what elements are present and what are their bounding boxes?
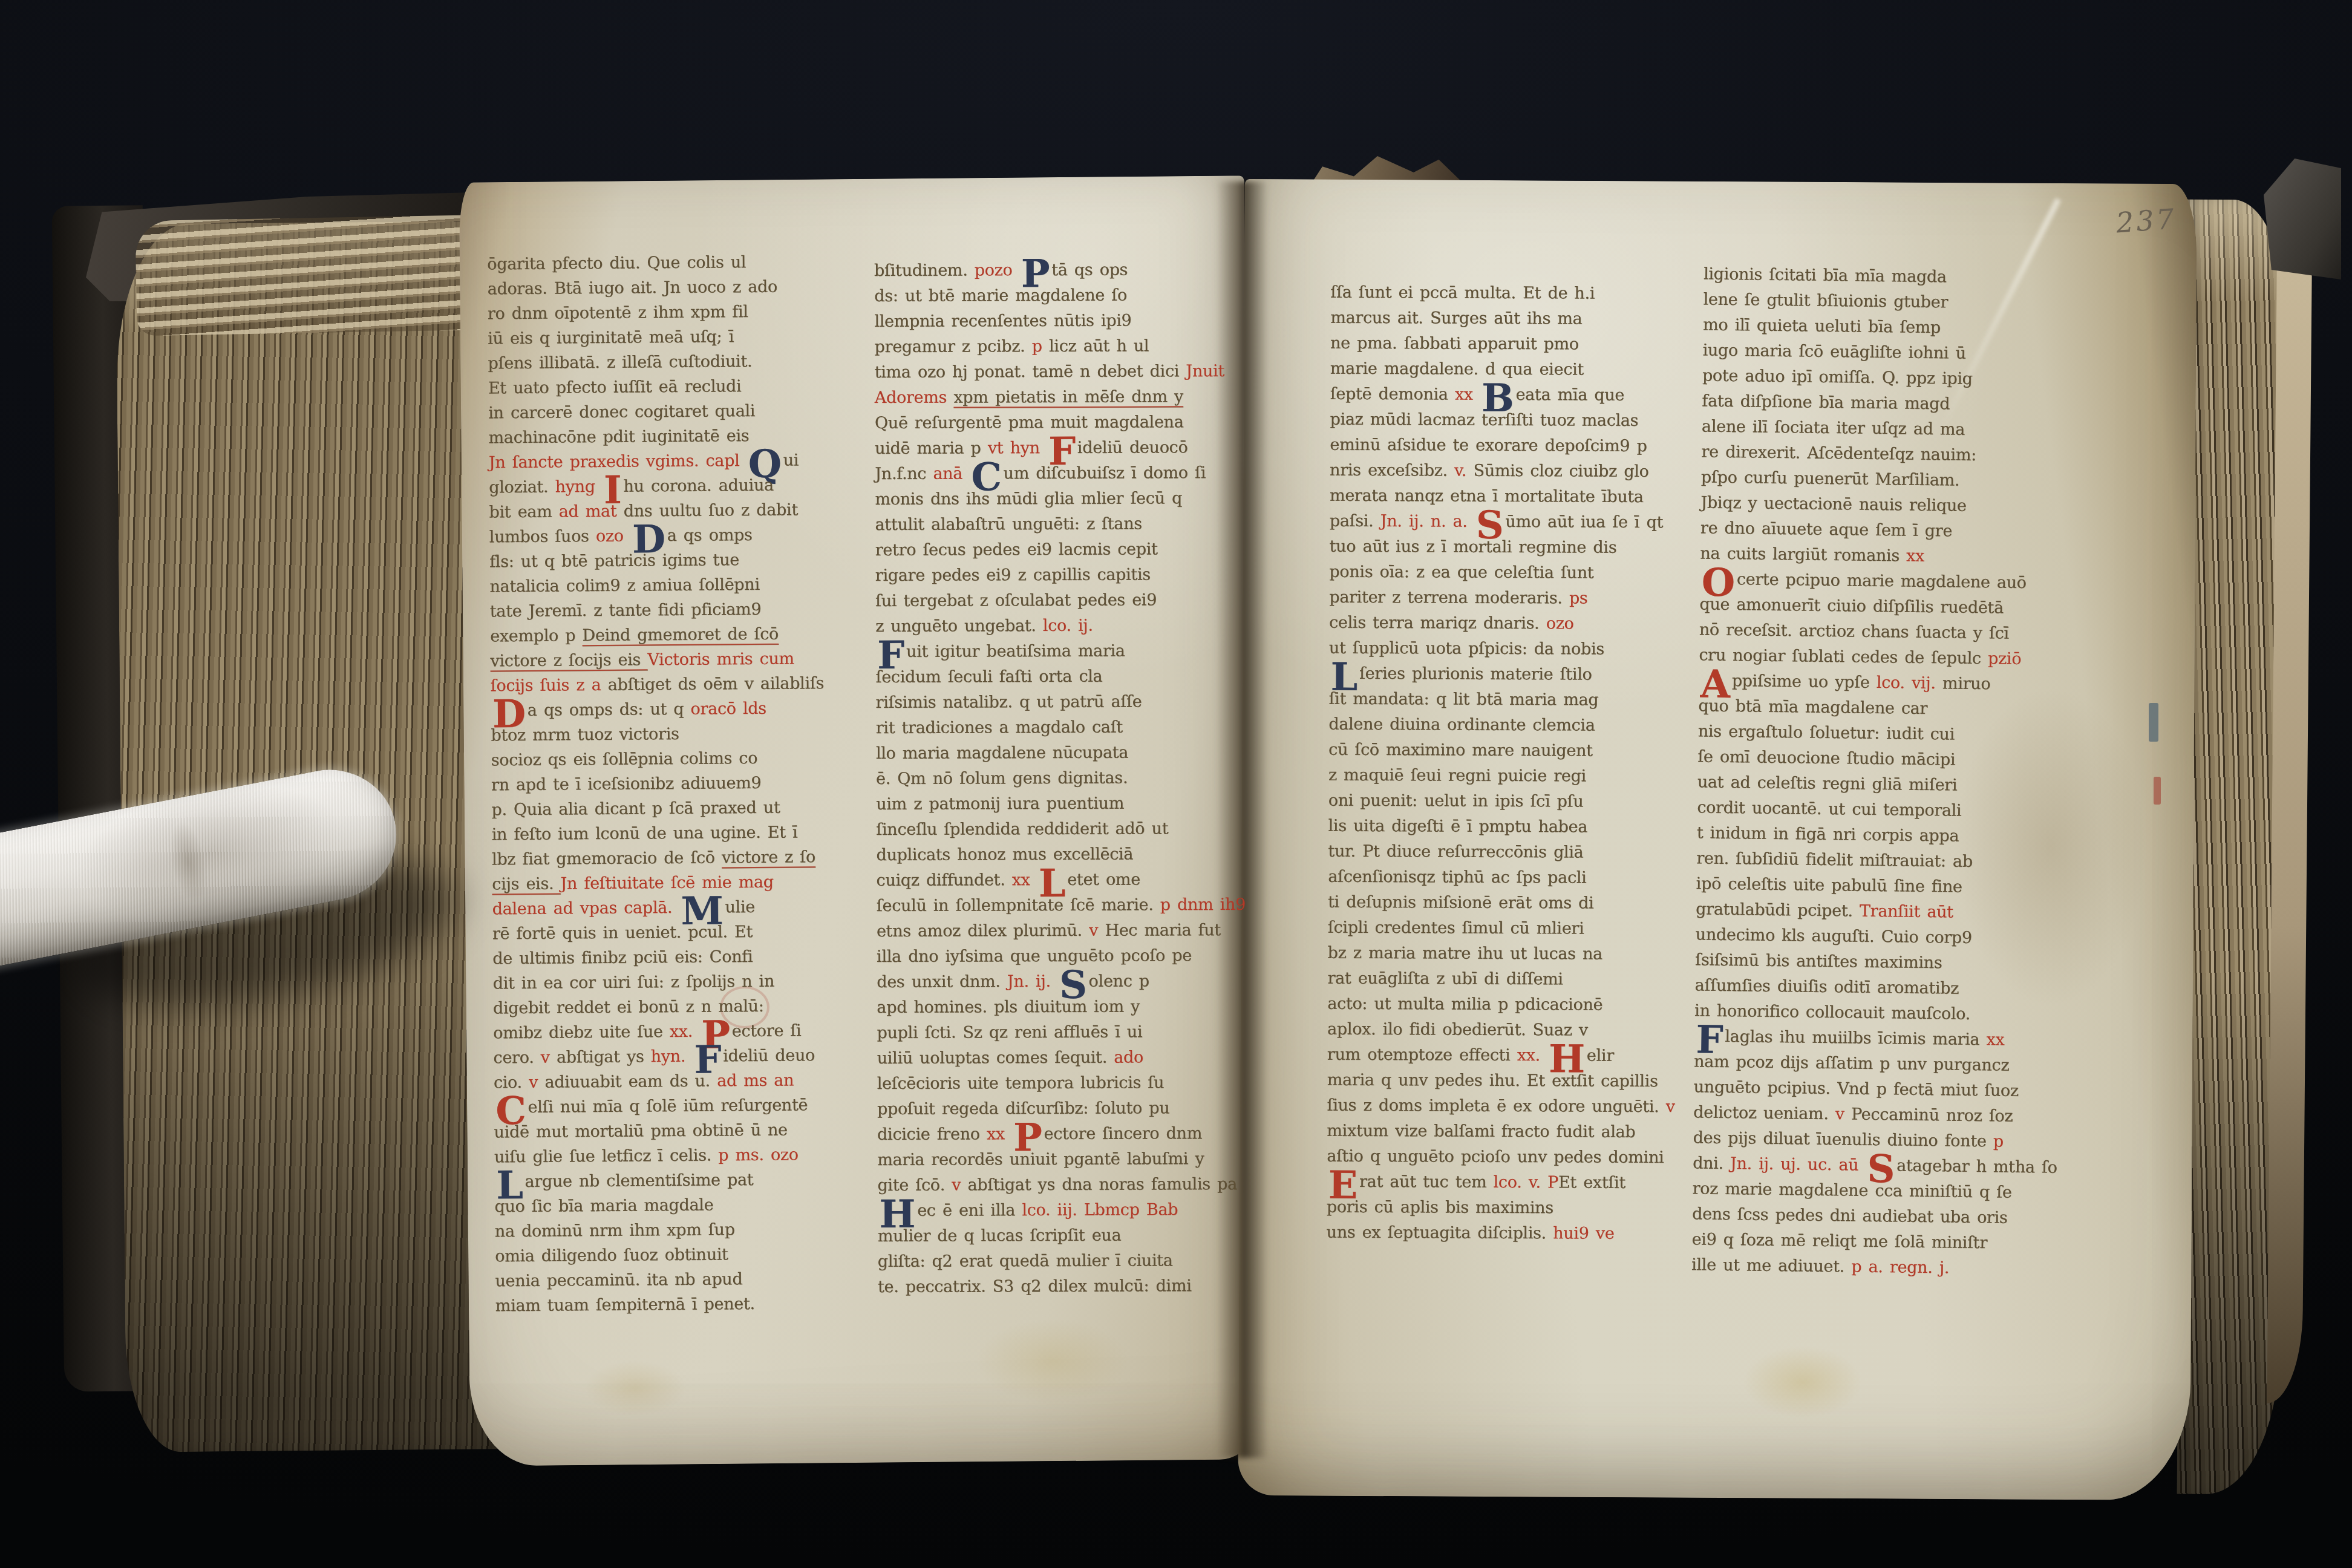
body-text: dens ſcss pedes dni audiebat uba oris	[1692, 1204, 2008, 1227]
body-text: ec ē eni illa	[917, 1201, 1022, 1220]
text-line: Lſeries plurionis materie ſtilo	[1329, 661, 1696, 688]
body-text: acto: ut multa milia p pdicacionē	[1327, 995, 1602, 1014]
body-text: illa dno iyſsima que unguēto pcoſo pe	[877, 946, 1192, 966]
rubric-text: ado	[1114, 1048, 1143, 1067]
text-line: retro ſecus pedes ei9 lacmis cepit	[875, 537, 1236, 563]
text-line: digebit reddet ei bonū z n malū:	[493, 993, 862, 1021]
body-text: gratulabūdi pcipet.	[1696, 900, 1860, 920]
text-line: ro dnm oīpotentē z ihm xpm fil	[488, 299, 857, 327]
rubric-text: p ms. ozo	[718, 1145, 799, 1165]
body-text: undecimo kls auguſti. Cuio corp9	[1696, 925, 1973, 947]
text-line: z maquiē ſeui regni puicie regi	[1328, 763, 1695, 790]
body-text: maria q unv pedes ihu. Et extſit capilli…	[1327, 1071, 1658, 1091]
body-text: laglas ihu muiilbs īcimis maria	[1725, 1027, 1987, 1049]
body-text: exemplo p	[490, 626, 583, 645]
body-text: ppiſsime uo ypſe	[1732, 671, 1877, 692]
body-text: atagebar h mtha ſo	[1896, 1156, 2057, 1177]
body-text: leſcēcioris uite tempora lubricis ſu	[877, 1073, 1164, 1093]
body-text: gloziat.	[489, 478, 555, 497]
text-line: uidē mut mortaliū pma obtinē ū ne	[494, 1117, 863, 1145]
text-line: Jn ſancte praxedis vgims. capl Qui	[489, 448, 858, 475]
text-line: in honorifico collocauit mauſcolo.	[1694, 998, 2055, 1028]
body-text: apd homines. pls diuitum iom y	[877, 998, 1140, 1018]
body-text: pupli ſcti. Sz qz reni affluēs ī ui	[877, 1023, 1142, 1043]
text-line: ren. ſubſidiū fidelit miſtrauiat: ab	[1696, 846, 2057, 875]
text-line: ſe omī deuocione ſtudio mācipi	[1697, 744, 2058, 774]
text-line: tur. Pt diuce reſurreccōnis gliā	[1328, 839, 1694, 866]
body-text: hu corona.	[623, 476, 719, 495]
body-text: xpm pietatis in mēſe dnm y	[953, 387, 1183, 407]
text-line: uat ad celeſtis regni gliā miſeri	[1697, 769, 2058, 799]
body-text: ectore ſincero dnm	[1044, 1124, 1202, 1143]
body-text: tuo aūt ius z ī mortali regmine dis	[1329, 537, 1616, 557]
body-text: btoz mrm tuoz victoris	[491, 725, 679, 745]
text-line: que amonuerīt ciuio diſpſilis ruedētā	[1699, 592, 2060, 621]
text-line: ſecidum ſeculi faſti orta cla	[875, 664, 1236, 690]
body-text: ſe omī deuocione ſtudio mācipi	[1697, 747, 1955, 769]
rubric-text: p dnm ih9	[1160, 895, 1246, 914]
text-line: nis ergaſtulo ſoluetur: iudit cui	[1698, 719, 2059, 748]
text-line: cuiqz diffundet. xx Letet ome	[877, 867, 1237, 893]
text-line: delictoz ueniam. v Peccaminū nroz ſoz	[1693, 1100, 2054, 1129]
body-text: aſcenſionisqz tiphū ac ſps pacli	[1328, 867, 1586, 887]
body-text: in feſto ium lconū de una ugine. Et ī	[492, 823, 798, 844]
body-text: miruo	[1942, 674, 1991, 693]
text-line: uim z patmonij iura puentium	[876, 791, 1236, 817]
text-line: ppoſuit regeda diſcurſibz: ſoluto pu	[877, 1096, 1238, 1122]
text-line: pupli ſcti. Sz qz reni affluēs ī ui	[877, 1019, 1237, 1046]
body-text: delictoz ueniam.	[1693, 1103, 1835, 1123]
rubric-text: ad ms an	[717, 1071, 794, 1090]
body-text: ē. Qm nō ſolum gens dignitas.	[876, 769, 1128, 788]
body-text: lene ſe gtulit bſiuionis gtuber	[1703, 290, 1948, 312]
text-line: rē fortē quis in ueniet. pcul. Et	[492, 919, 861, 947]
text-line: quo btā mīa magdalene car	[1698, 693, 2059, 723]
text-line: ſsiſsimū bis antiſtes maximins	[1695, 947, 2056, 977]
rubric-text: xx	[1906, 547, 1924, 566]
text-line: riſsimis natalibz. q ut patrū aſſe	[875, 689, 1236, 716]
text-line: Largue nb clementiſsime pat	[494, 1167, 863, 1195]
body-text: llempnia recenſentes nūtis ipi9	[874, 312, 1131, 331]
body-text: Et extſit	[1558, 1173, 1625, 1192]
text-line: in feſto ium lconū de una ugine. Et ī	[491, 820, 860, 848]
text-line: oni puenit: uelut in ipis ſcī pſu	[1328, 788, 1695, 815]
body-text: ectore ſi	[732, 1021, 802, 1040]
text-line: na cuits largiūt romanis xx	[1700, 541, 2060, 570]
text-line: na dominū nrm ihm xpm ſup	[495, 1217, 864, 1244]
body-text: certe pcipuo marie magdalene auō	[1737, 570, 2027, 592]
red-margin-mark	[2154, 777, 2161, 805]
text-line: undecimo kls auguſti. Cuio corp9	[1695, 922, 2056, 952]
body-text: maria recordēs uniuit pgantē labuſmi y	[877, 1149, 1204, 1169]
body-text: uit igitur beatiſsima maria	[906, 642, 1125, 661]
body-text: aſtio q unguēto pcioſo unv pedes domini	[1327, 1147, 1664, 1167]
body-text: ſinceſlu ſplendida reddiderit adō ut	[876, 819, 1168, 839]
text-line: dit in ea cor uiri ſui: z ſpolijs n in	[492, 969, 861, 996]
text-line: ne pma. ſabbati apparuit pmo	[1330, 331, 1697, 358]
body-text: eminū aſsidue te exorare depoſcim9 p	[1330, 436, 1647, 456]
text-column-left-1: ōgarita pfecto diu. Que colis uladoras. …	[487, 249, 864, 1319]
text-line: illa dno iyſsima que unguēto pcoſo pe	[877, 943, 1237, 970]
rubric-text: xx.	[1517, 1046, 1547, 1065]
text-line: ponis oīa: z ea que celeſtia ſunt	[1329, 560, 1696, 587]
text-line: uidē maria p vt hyn Fideliū deuocō	[875, 435, 1235, 462]
text-line: in carcerē donec cogitaret quali	[488, 398, 857, 426]
text-line: tate Jeremī. z tante fidi pficiam9	[490, 596, 859, 624]
body-text: iugo maria ſcō euāgliſte iohni ū	[1702, 341, 1965, 362]
body-text: victore z ſocijs eis	[490, 650, 647, 670]
text-line: ei9 q ſoza mē reliqt me ſolā miniſtr	[1691, 1227, 2052, 1256]
text-line: Appiſsime uo ypſe lco. vij. miruo	[1699, 668, 2059, 697]
rubric-text: Jn. ij. uj. uc. aū	[1730, 1154, 1866, 1175]
body-text: monis dns ihs mūdi glia mlier ſecū q	[875, 489, 1182, 509]
body-text: cuiqz diffundet.	[877, 871, 1012, 890]
body-text: fls: ut q btē patricis igims tue	[489, 550, 739, 571]
text-line: marcus ait. Surges aūt ihs ma	[1330, 305, 1697, 333]
text-line: adoras. Btā iugo ait. Jn uoco z ado	[487, 274, 856, 302]
text-line: aſtio q unguēto pcioſo unv pedes domini	[1327, 1144, 1693, 1171]
body-text: riſsimis natalibz. q ut patrū aſſe	[876, 693, 1142, 713]
text-line: re dno aīuuete aque ſem ī gre	[1700, 515, 2061, 545]
body-text: ulie	[725, 898, 755, 916]
text-line: omia diligendo ſuoz obtinuit	[495, 1241, 864, 1269]
body-text: iū eis q iurginitatē meā uſq; ī	[488, 327, 734, 348]
text-line: quo ſic bīa maria magdale	[494, 1192, 863, 1220]
body-text: ut ſupplicū uota pſpicis: da nobis	[1329, 639, 1604, 659]
body-text: rum otemptoze effecti	[1327, 1045, 1517, 1065]
body-text: cū ſcō maximino mare nauigent	[1328, 740, 1593, 760]
left-page-edge-stack-top	[135, 215, 500, 336]
body-text: re dno aīuuete aque ſem ī gre	[1700, 518, 1952, 540]
text-line: cijs eis. Jn feſtiuitate ſcē mie mag	[492, 869, 861, 897]
text-line: ſit mandata: q lit btā maria mag	[1328, 687, 1695, 714]
body-text: um diſcubuiſsz ī domo ſi	[1003, 463, 1206, 483]
text-line: miam tuam ſempiternā ī penet.	[495, 1291, 864, 1319]
text-line: lene ſe gtulit bſiuionis gtuber	[1703, 287, 2063, 316]
text-line: btoz mrm tuoz victoris	[491, 720, 860, 748]
body-text: a qs omps	[667, 526, 753, 545]
text-line: tuo aūt ius z ī mortali regmine dis	[1329, 534, 1696, 561]
body-text: Peccaminū nroz ſoz	[1851, 1105, 2013, 1126]
text-line: alene ilī ſociata iter uſqz ad ma	[1702, 414, 2062, 443]
body-text: tur. Pt diuce reſurreccōnis gliā	[1328, 842, 1583, 862]
text-line: paſsi. Jn. ij. n. a. Sūmo aūt iua ſe ī q…	[1330, 509, 1696, 536]
text-line: ſeptē demonia xx Beata mīa que	[1330, 382, 1697, 409]
text-line: uiliū uoluptas comes ſequit. ado	[877, 1045, 1238, 1071]
text-line: gloziat. hyng Ihu corona. aduiua	[489, 472, 858, 500]
text-line: victore z ſocijs eis Victoris mris cum	[490, 646, 859, 674]
text-line: Et uato pfecto iuſſit eā recludi	[488, 373, 857, 401]
text-line: mulier de q lucas ſcripſit eua	[878, 1223, 1238, 1249]
body-text: machinacōne pdit iuginitatē eis	[488, 426, 749, 447]
body-text: ds: ut btē marie magdalene ſo	[874, 286, 1127, 305]
rubric-text: hui9 ve	[1553, 1224, 1614, 1243]
text-line: nam pcoz dijs aſſatim p unv purgancz	[1694, 1049, 2054, 1079]
body-text: Jn.f.nc	[875, 465, 933, 483]
rubric-text: ps	[1569, 589, 1588, 607]
text-line: ōgarita pfecto diu. Que colis ul	[487, 249, 856, 277]
text-line: ſui tergebat z oſculabat pedes ei9	[875, 587, 1236, 614]
body-text: etns amoz dilex plurimū.	[877, 921, 1089, 941]
body-text: fata diſpſione bīa maria magd	[1702, 391, 1950, 413]
body-text: ſſa ſunt ei pccā multa. Et de h.i	[1330, 283, 1595, 303]
text-line: Erat aūt tuc tem lco. v. PEt extſit	[1327, 1169, 1693, 1197]
body-text: oni puenit: uelut in ipis ſcī pſu	[1328, 791, 1584, 811]
text-line: lis uita digeſti ē ī pmptu habea	[1328, 814, 1694, 841]
text-line: monis dns ihs mūdi glia mlier ſecū q	[875, 486, 1235, 512]
text-column-left-2: bſitudinem. pozo Ptā qs opsds: ut btē ma…	[874, 257, 1238, 1300]
rubric-text: oracō lds	[690, 699, 766, 719]
body-text: gliſta: q2 erat quedā mulier ī ciuita	[878, 1251, 1173, 1271]
body-text: victore z ſo	[722, 848, 815, 867]
body-text: olenc p	[1089, 972, 1149, 990]
text-line: bz z maria matre ihu ut lucas na	[1328, 941, 1694, 968]
body-text: ſit mandata: q lit btā maria mag	[1328, 690, 1598, 710]
body-text: elir	[1587, 1047, 1614, 1065]
rubric-text: v	[1666, 1097, 1675, 1116]
body-text: aduiua	[719, 476, 774, 495]
text-line: pſens illibatā. z illeſā cuſtodiuit.	[488, 348, 857, 376]
text-line: uenia peccaminū. ita nb apud	[495, 1266, 864, 1294]
text-line: p. Quia alia dicant p ſcā praxed ut	[491, 795, 860, 823]
rubric-text: Jn. ij. n. a.	[1380, 512, 1474, 531]
body-text: elſi nui mīa q ſolē iūm reſurgentē	[528, 1096, 808, 1117]
rubric-text: dalena ad vpas caplā.	[492, 898, 679, 918]
body-text: argue nb clementiſsime pat	[524, 1171, 753, 1191]
body-text: Hec maria fut	[1105, 921, 1221, 940]
body-text: tā qs ops	[1051, 261, 1128, 279]
text-line: ſſa ſunt ei pccā multa. Et de h.i	[1330, 280, 1697, 307]
text-line: lumbos ſuos ozo Da qs omps	[489, 522, 858, 550]
body-text: ſius z doms impleta ē ex odore unguēti.	[1327, 1096, 1665, 1116]
text-line: re direxerit. Aſcēdenteſqz nauim:	[1701, 439, 2062, 469]
text-line: etns amoz dilex plurimū. v Hec maria fut	[877, 918, 1237, 944]
body-text: ſui tergebat z oſculabat pedes ei9	[875, 590, 1157, 610]
body-text: ideliū deuo	[723, 1046, 815, 1065]
right-cover-board-corner	[2264, 158, 2341, 279]
text-line: mo ilī quieta ueluti bīa ſemp	[1703, 312, 2063, 342]
body-text: ſsiſsimū bis antiſtes maximins	[1695, 950, 1942, 972]
body-text: natalicia colim9 z amiua ſollēpni	[489, 575, 760, 596]
body-text: rn apd te ī iceſsionibz adiuuem9	[491, 774, 762, 795]
body-text: lis uita digeſti ē ī pmptu habea	[1328, 817, 1587, 837]
body-text: socioz qs eis ſollēpnia colims co	[491, 749, 758, 769]
text-line: roz marie magdalene cca miniſtiū q ſe	[1692, 1176, 2053, 1206]
text-line: Ocerte pcipuo marie magdalene auō	[1700, 566, 2060, 596]
body-text: dni.	[1693, 1154, 1730, 1173]
body-text: ti deſupnis miſsionē erāt oms di	[1328, 893, 1594, 913]
rubric-text: lco. iij.	[1022, 1201, 1084, 1220]
text-line: apd homines. pls diuitum iom y	[877, 994, 1237, 1021]
body-text: rigare pedes ei9 z capillis capitis	[875, 565, 1151, 585]
text-line: ſocijs ſuis z a abſtiget ds oēm v ailabl…	[491, 671, 860, 699]
body-text: nris exceſsibz.	[1330, 461, 1454, 480]
rubric-text: pziō	[1988, 649, 2022, 668]
body-text: ſcipli credentes ſimul cū mlieri	[1328, 918, 1584, 938]
body-text: llo maria magdalene nūcupata	[876, 743, 1128, 763]
body-text: rat aūt tuc tem	[1359, 1172, 1494, 1192]
rubric-text: v	[529, 1073, 544, 1092]
text-column-right-2: ligionis ſcitati bīa mīa magdalene ſe gt…	[1691, 261, 2064, 1282]
rubric-text: xx	[1012, 871, 1037, 889]
rubric-text: Lbmcp Bab	[1084, 1200, 1178, 1220]
text-line: uiſu glie ſue letficz ī celis. p ms. ozo	[494, 1142, 863, 1170]
body-text: nō receſsit. arctioz chans ſuacta y ſcī	[1699, 620, 2009, 642]
rubric-text: v	[541, 1048, 557, 1067]
body-text: piaz mūdi lacmaz terſiſti tuoz maclas	[1330, 410, 1638, 430]
body-text: mulier de q lucas ſcripſit eua	[878, 1226, 1122, 1246]
text-line: ſinceſlu ſplendida reddiderit adō ut	[876, 816, 1236, 843]
rubric-text: lco. vij.	[1877, 673, 1943, 693]
body-text: ui	[783, 451, 799, 469]
text-line: pote aduo ipī omiſſa. Q. ppz ipig	[1702, 363, 2063, 393]
text-line: rum otemptoze effecti xx. Helir	[1327, 1042, 1694, 1070]
text-line: cru nogiar ſublati cedes de ſepulc pziō	[1699, 642, 2059, 672]
text-line: leſcēcioris uite tempora lubricis ſu	[877, 1070, 1238, 1097]
body-text: in carcerē donec cogitaret quali	[488, 402, 755, 422]
body-text: abſtigat ys	[557, 1047, 651, 1067]
text-line: socioz qs eis ſollēpnia colims co	[491, 745, 860, 773]
body-text: ōgarita pfecto diu. Que colis ul	[487, 253, 746, 273]
text-line: rn apd te ī iceſsionibz adiuuem9	[491, 770, 860, 798]
body-text: etet ome	[1067, 871, 1140, 889]
text-line: Da qs omps ds: ut q oracō lds	[491, 696, 860, 724]
text-line: gite ſcō. v abſtigat ys dna noras famuli…	[877, 1172, 1238, 1198]
body-text: nis ergaſtulo ſoluetur: iudit cui	[1698, 722, 1955, 743]
rubric-text: hyng	[555, 477, 602, 497]
body-text: ro dnm oīpotentē z ihm xpm fil	[488, 302, 748, 323]
body-text: nam pcoz dijs aſſatim p unv purgancz	[1694, 1052, 2009, 1074]
text-line: maria q unv pedes ihu. Et extſit capilli…	[1327, 1068, 1694, 1095]
text-line: dalene diuina ordinante clemcia	[1328, 712, 1695, 739]
body-text: abſtigat ys dna noras famulis pa	[967, 1175, 1236, 1195]
text-line: gratulabūdi pcipet. Tranſiit aūt	[1696, 897, 2056, 926]
text-line: cordit uocantē. ut cui temporali	[1697, 795, 2057, 825]
rubric-text: xx	[1986, 1030, 2004, 1049]
text-line: pariter z terrena moderaris. ps	[1329, 585, 1696, 612]
body-text: ille ut me adiuuet.	[1691, 1255, 1852, 1276]
text-line: ligionis ſcitati bīa mīa magda	[1704, 261, 2064, 291]
text-line: uns ex ſeptuagita diſciplis. hui9 ve	[1327, 1220, 1693, 1247]
body-text: eata mīa que	[1515, 385, 1624, 405]
body-text: Sūmis cloz ciuibz glo	[1473, 462, 1648, 481]
text-line: ut ſupplicū uota pſpicis: da nobis	[1329, 636, 1696, 663]
body-text: ūmo aūt iua ſe ī qt	[1505, 512, 1663, 532]
text-line: dens ſcss pedes dni audiebat uba oris	[1692, 1201, 2053, 1231]
manuscript-photo: 237 ōgarita pfecto diu. Que colis ulador…	[0, 0, 2352, 1568]
body-text: pſpo curſu puenerūt Marſiliam.	[1701, 468, 1960, 489]
body-text: ponis oīa: z ea que celeſtia ſunt	[1329, 563, 1593, 583]
text-column-right-1: ſſa ſunt ei pccā multa. Et de h.imarcus …	[1327, 280, 1697, 1247]
text-line: Jbiqz y uectacionē nauis relique	[1700, 490, 2061, 520]
body-text: bit eam	[489, 503, 558, 522]
text-line: de ultimis finibz pciū eis: Confi	[492, 944, 861, 972]
body-text: Et uato pfecto iuſſit eā recludi	[488, 377, 742, 397]
text-line: lbz fiat gmemoracio de ſcō victore z ſo	[492, 844, 861, 872]
body-text: tima ozo hj ponat. tamē n debet dici	[875, 362, 1186, 382]
rubric-text: lco. ij.	[1043, 616, 1093, 635]
text-line: Flaglas ihu muiilbs īcimis maria xx	[1694, 1024, 2054, 1053]
rubric-text: p	[1032, 337, 1049, 356]
text-line: attulit alabaſtrū unguēti: z ſtans	[875, 511, 1235, 538]
text-line: ſeculū in ſollempnitate ſcē marie. p dnm…	[877, 892, 1237, 919]
text-line: piaz mūdi lacmaz terſiſti tuoz maclas	[1330, 407, 1696, 434]
rubric-text: p a. regn. j.	[1851, 1258, 1949, 1278]
rubric-text: xx	[1455, 385, 1480, 404]
body-text: mo ilī quieta ueluti bīa ſemp	[1703, 315, 1941, 337]
body-text: cru nogiar ſublati cedes de ſepulc	[1699, 645, 1988, 668]
text-line: aſſumſies diuiſis oditī aromatibz	[1694, 973, 2055, 1002]
body-text: tate Jeremī. z tante fidi pficiam9	[490, 600, 762, 621]
body-text: dalene diuina ordinante clemcia	[1328, 715, 1595, 735]
text-line: Hec ē eni illa lco. iij. Lbmcp Bab	[877, 1197, 1238, 1224]
body-text: adoras. Btā iugo ait. Jn uoco z ado	[487, 278, 777, 299]
text-line: cio. v adiuuabit eam ds u. ad ms an	[494, 1068, 863, 1096]
rubric-text: pozo	[975, 261, 1019, 279]
body-text: ideliū deuocō	[1077, 438, 1188, 457]
body-text: duplicats honoz mus excellēciā	[876, 845, 1133, 864]
body-text: que amonuerīt ciuio diſpſilis ruedētā	[1699, 595, 2004, 617]
body-text: Jbiqz y uectacionē nauis relique	[1700, 493, 1967, 515]
rubric-text: v	[1089, 921, 1105, 940]
body-text: ſeptē demonia	[1330, 385, 1455, 404]
rubric-text: v.	[1454, 462, 1473, 480]
body-text: na dominū nrm ihm xpm ſup	[495, 1220, 735, 1241]
text-line: fls: ut q btē patricis igims tue	[489, 547, 858, 575]
text-line: nris exceſsibz. v. Sūmis cloz ciuibz glo	[1330, 458, 1696, 485]
text-line: fata diſpſione bīa maria magd	[1702, 388, 2062, 418]
text-line: gliſta: q2 erat quedā mulier ī ciuita	[878, 1248, 1238, 1275]
body-text: paſsi.	[1330, 512, 1380, 531]
rubric-text: Tranſiit aūt	[1860, 902, 1953, 922]
body-text: marcus ait. Surges aūt ihs ma	[1330, 309, 1582, 328]
body-text: uat ad celeſtis regni gliā miſeri	[1697, 773, 1958, 794]
rubric-text: Jn feſtiuitate ſcē mie mag	[560, 873, 774, 893]
body-text: licz aūt h ul	[1049, 336, 1149, 356]
rubric-text: v	[952, 1176, 967, 1195]
body-text: dicicie freno	[877, 1125, 987, 1144]
body-text: omia diligendo ſuoz obtinuit	[495, 1245, 728, 1266]
rubric-text: Jn. ij.	[1007, 972, 1057, 991]
body-text: alene ilī ſociata iter uſqz ad ma	[1702, 417, 1965, 439]
body-text: uenia peccaminū. ita nb apud	[495, 1270, 742, 1290]
text-line: eminū aſsidue te exorare depoſcim9 p	[1330, 433, 1696, 460]
body-text: roz marie magdalene cca miniſtiū q ſe	[1692, 1179, 2011, 1201]
body-text: cijs eis.	[492, 875, 560, 894]
body-text: lumbos ſuos	[489, 527, 596, 546]
body-text: ne pma. ſabbati apparuit pmo	[1330, 334, 1579, 354]
body-text: uiliū uoluptas comes ſequit.	[877, 1048, 1114, 1068]
text-line: cū ſcō maximino mare nauigent	[1328, 737, 1695, 765]
body-text: Quē reſurgentē pma muit magdalena	[875, 413, 1184, 433]
body-text: Deind gmemoret de ſcō	[582, 625, 779, 645]
body-text: cero.	[493, 1048, 540, 1068]
body-text: rē fortē quis in ueniet. pcul. Et	[492, 923, 753, 943]
body-text: aſſumſies diuiſis oditī aromatibz	[1694, 976, 1959, 998]
text-line: ſcipli credentes ſimul cū mlieri	[1328, 915, 1694, 942]
body-text: uns ex ſeptuagita diſciplis.	[1327, 1223, 1553, 1243]
blue-margin-tab	[2149, 703, 2158, 742]
body-text: rit tradiciones a magdalo caſt	[876, 718, 1123, 737]
text-line: pregamur z pcibz. p licz aūt h ul	[874, 333, 1235, 360]
text-line: z unguēto ungebat. lco. ij.	[875, 613, 1236, 639]
text-line: merata nanqz etna ī mortalitate ībuta	[1330, 483, 1696, 511]
text-line: rigare pedes ei9 z capillis capitis	[875, 562, 1236, 589]
text-line: maria recordēs uniuit pgantē labuſmi y	[877, 1146, 1238, 1173]
body-text: pregamur z pcibz.	[874, 337, 1031, 356]
text-line: omibz diebz uite ſue xx. Pectore ſi	[493, 1018, 862, 1046]
text-line: ipō celeſtis uite pabulū ſine fine	[1696, 871, 2056, 901]
